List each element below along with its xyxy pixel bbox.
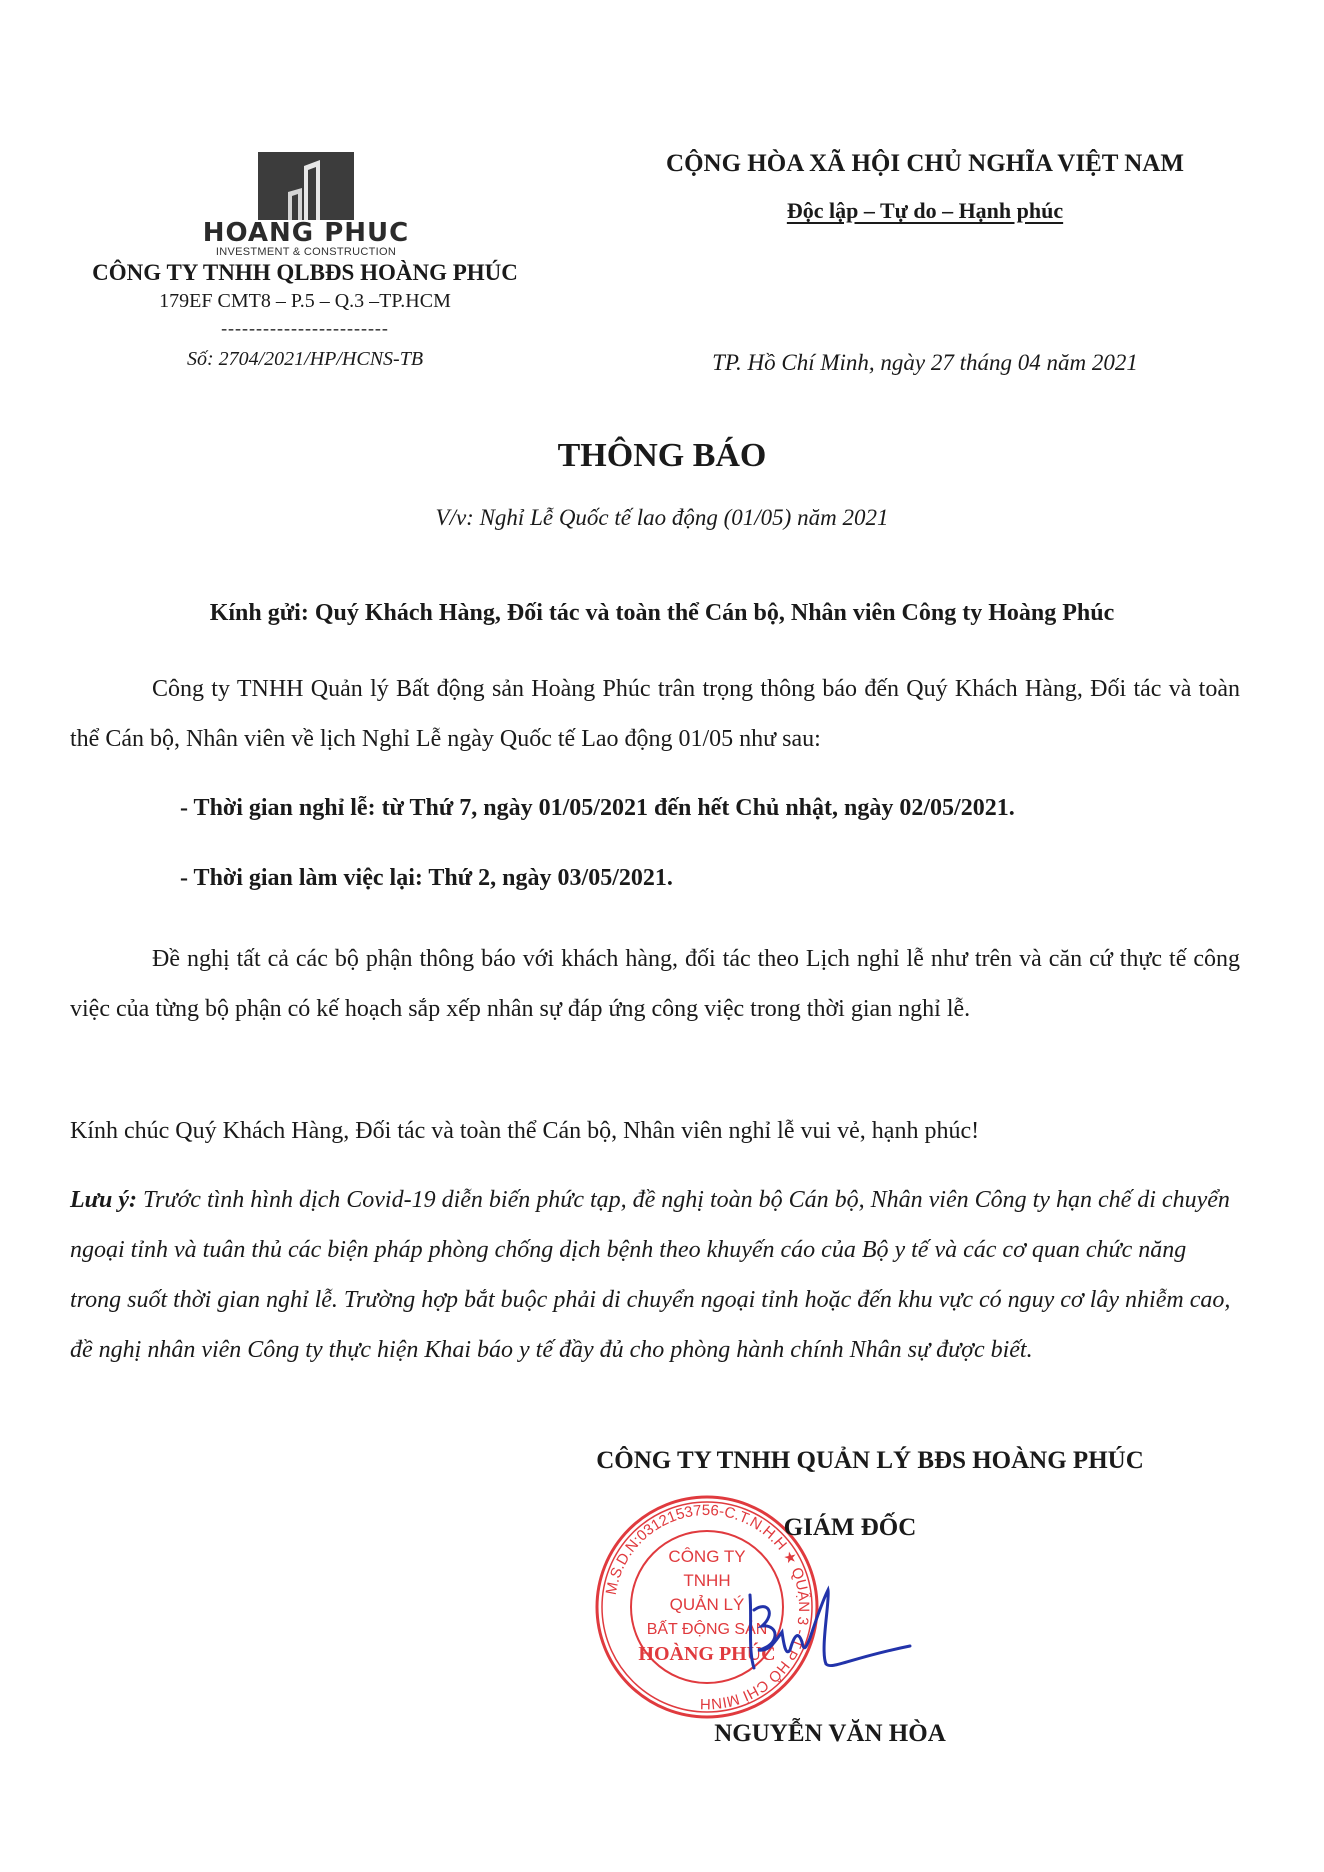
note-label: Lưu ý: [70,1187,137,1213]
signer-role: GIÁM ĐỐC [700,1514,1000,1542]
note-paragraph: Lưu ý: Trước tình hình dịch Covid-19 diễ… [70,1175,1240,1375]
place-date: TP. Hồ Chí Minh, ngày 27 tháng 04 năm 20… [620,350,1230,376]
wishes-paragraph: Kính chúc Quý Khách Hàng, Đối tác và toà… [70,1106,1240,1156]
handwritten-signature [740,1580,920,1680]
company-name: CÔNG TY TNHH QLBĐS HOÀNG PHÚC [60,260,550,286]
signing-company: CÔNG TY TNHH QUẢN LÝ BĐS HOÀNG PHÚC [520,1447,1220,1475]
return-to-work: - Thời gian làm việc lại: Thứ 2, ngày 03… [180,865,1280,892]
national-motto: Độc lập – Tự do – Hạnh phúc [620,198,1230,224]
svg-text:TNHH: TNHH [683,1571,730,1590]
note-text: Trước tình hình dịch Covid-19 diễn biến … [70,1187,1230,1363]
signer-name: NGUYỄN VĂN HÒA [640,1720,1020,1748]
national-title: CỘNG HÒA XÃ HỘI CHỦ NGHĨA VIỆT NAM [620,150,1230,178]
svg-text:QUẢN LÝ: QUẢN LÝ [670,1595,745,1614]
document-title: THÔNG BÁO [0,437,1324,475]
document-subject: V/v: Nghỉ Lễ Quốc tế lao động (01/05) nă… [0,505,1324,531]
brand-tagline: INVESTMENT & CONSTRUCTION [180,246,432,258]
company-logo [258,152,354,220]
holiday-period: - Thời gian nghỉ lễ: từ Thứ 7, ngày 01/0… [180,795,1280,822]
divider: ------------------------ [60,318,550,339]
motto-text: Độc lập – Tự do – Hạnh phúc [787,198,1063,223]
company-address: 179EF CMT8 – P.5 – Q.3 –TP.HCM [60,290,550,313]
document-number: Số: 2704/2021/HP/HCNS-TB [60,348,550,371]
request-paragraph: Đề nghị tất cả các bộ phận thông báo với… [70,934,1240,1034]
svg-text:CÔNG TY: CÔNG TY [668,1547,745,1566]
intro-paragraph: Công ty TNHH Quản lý Bất động sản Hoàng … [70,664,1240,764]
signature-icon [740,1580,920,1680]
recipient-line: Kính gửi: Quý Khách Hàng, Đối tác và toà… [60,600,1264,627]
brand-name: HOANG PHUC [180,220,432,246]
building-logo-icon [258,152,354,220]
